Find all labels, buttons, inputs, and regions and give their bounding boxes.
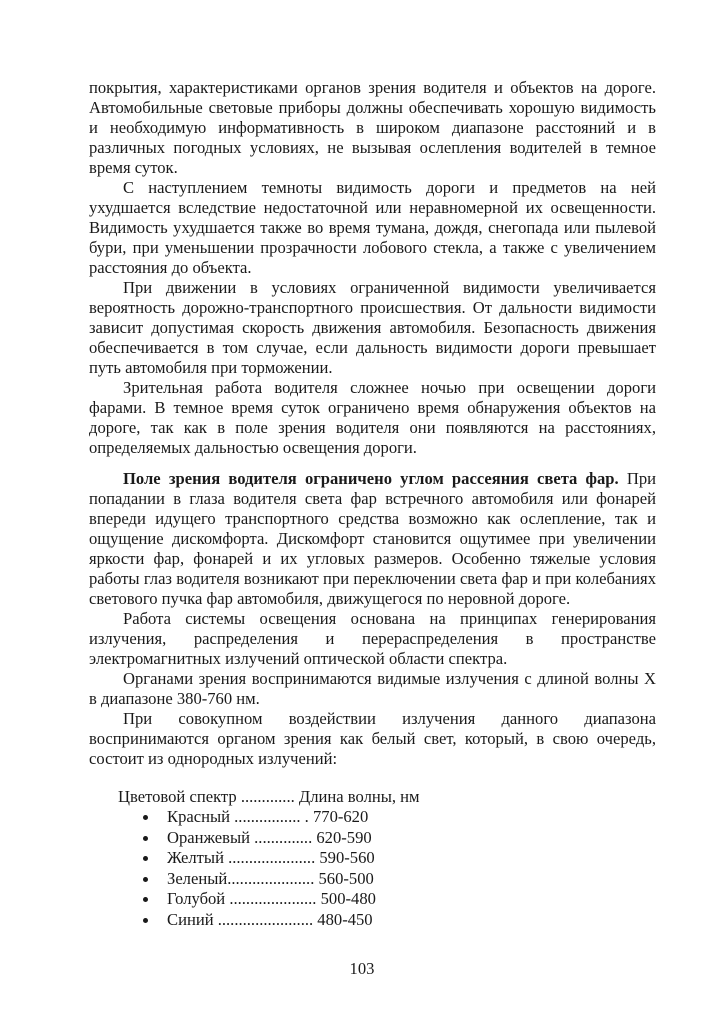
paragraph-field-of-view: Поле зрения водителя ограничено углом ра… bbox=[89, 469, 656, 609]
list-item: Красный ................ . 770-620 bbox=[140, 807, 656, 828]
paragraph-white-light: При совокупном воздействии излучения дан… bbox=[89, 709, 656, 769]
bullet-icon bbox=[143, 836, 148, 841]
list-item: Желтый ..................... 590-560 bbox=[140, 848, 656, 869]
list-item-label: Синий ....................... 480-450 bbox=[167, 910, 373, 929]
spectrum-table: Цветовой спектр ............. Длина волн… bbox=[118, 787, 656, 930]
spectrum-table-header: Цветовой спектр ............. Длина волн… bbox=[118, 787, 656, 807]
list-item: Синий ....................... 480-450 bbox=[140, 910, 656, 931]
spectrum-list: Красный ................ . 770-620 Оранж… bbox=[118, 807, 656, 930]
list-item-label: Красный ................ . 770-620 bbox=[167, 807, 368, 826]
list-item-label: Оранжевый .............. 620-590 bbox=[167, 828, 372, 847]
document-page: покрытия, характеристиками органов зрени… bbox=[89, 78, 656, 930]
list-item: Голубой ..................... 500-480 bbox=[140, 889, 656, 910]
paragraph-lighting-system: Работа системы освещения основана на при… bbox=[89, 609, 656, 669]
list-item-label: Голубой ..................... 500-480 bbox=[167, 889, 376, 908]
page-number: 103 bbox=[0, 959, 724, 979]
bullet-icon bbox=[143, 815, 148, 820]
bullet-icon bbox=[143, 856, 148, 861]
bullet-icon bbox=[143, 877, 148, 882]
paragraph-field-of-view-body: При попадании в глаза водителя света фар… bbox=[89, 469, 656, 608]
list-item-label: Зеленый..................... 560-500 bbox=[167, 869, 374, 888]
list-item: Зеленый..................... 560-500 bbox=[140, 869, 656, 890]
list-item: Оранжевый .............. 620-590 bbox=[140, 828, 656, 849]
paragraph-visible-range: Органами зрения воспринимаются видимые и… bbox=[89, 669, 656, 709]
bold-lead-sentence: Поле зрения водителя ограничено углом ра… bbox=[123, 469, 619, 488]
paragraph-limited-visibility: При движении в условиях ограниченной вид… bbox=[89, 278, 656, 378]
bullet-icon bbox=[143, 918, 148, 923]
bullet-icon bbox=[143, 897, 148, 902]
paragraph-driver-night-work: Зрительная работа водителя сложнее ночью… bbox=[89, 378, 656, 458]
paragraph-continuation: покрытия, характеристиками органов зрени… bbox=[89, 78, 656, 178]
paragraph-darkness-visibility: С наступлением темноты видимость дороги … bbox=[89, 178, 656, 278]
list-item-label: Желтый ..................... 590-560 bbox=[167, 848, 375, 867]
